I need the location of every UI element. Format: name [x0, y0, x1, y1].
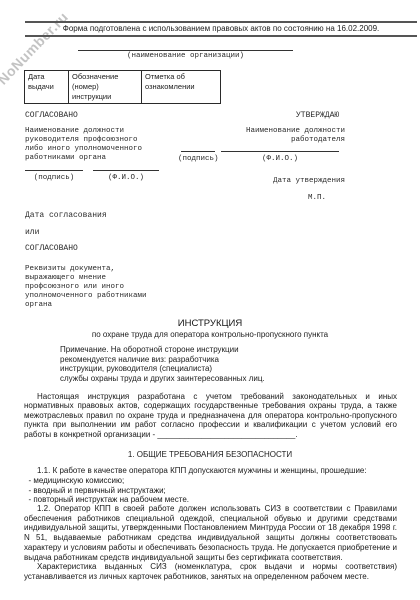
section-1-heading: 1. ОБЩИЕ ТРЕБОВАНИЯ БЕЗОПАСНОСТИ: [0, 450, 420, 459]
table-header-row: Дата выдачи Обозначение (номер) инструкц…: [25, 71, 221, 104]
document-note: Примечание. На оборотной стороне инструк…: [60, 345, 330, 383]
union-signature-blank: [25, 170, 83, 171]
table-header-familiarization-mark: Отметка об ознакомлении: [142, 71, 221, 104]
organization-name-label: (наименование организации): [78, 52, 293, 60]
union-signature-label: (подпись): [25, 174, 83, 182]
approved-label: УТВЕРЖДАЮ: [296, 111, 339, 121]
paragraph-1-1: 1.1. К работе в качестве оператора КПП д…: [24, 466, 397, 505]
document-requisites-block: Реквизиты документа, выражающего мнение …: [25, 265, 147, 310]
agreement-date-label: Дата согласования: [25, 211, 107, 221]
union-name-label: (Ф.И.О.): [93, 174, 159, 182]
table-header-issue-date: Дата выдачи: [25, 71, 69, 104]
paragraph-1-3: Характеристика выданных СИЗ (номенклатур…: [24, 562, 397, 581]
document-subtitle: по охране труда для оператора контрольно…: [0, 330, 420, 339]
table-header-instruction-number: Обозначение (номер) инструкции: [69, 71, 142, 104]
stamp-label: М.П.: [308, 194, 326, 203]
union-position-block: Наименование должности руководителя проф…: [25, 127, 142, 163]
or-label: или: [25, 228, 39, 238]
paragraph-1-2: 1.2. Оператор КПП в своей работе должен …: [24, 504, 397, 562]
document-title: ИНСТРУКЦИЯ: [0, 318, 420, 329]
form-notice-bar: Форма подготовлена с использованием прав…: [25, 21, 417, 37]
employer-name-label: (Ф.И.О.): [221, 155, 339, 163]
organization-name-blank: [78, 42, 293, 51]
employer-name-blank: [221, 151, 339, 152]
employer-signature-blank: [181, 151, 215, 152]
intro-paragraph: Настоящая инструкция разработана с учето…: [24, 392, 397, 439]
form-notice-text: Форма подготовлена с использованием прав…: [63, 24, 380, 33]
union-name-blank: [93, 170, 159, 171]
approval-date-label: Дата утверждения: [273, 177, 345, 186]
agreed-label-2: СОГЛАСОВАНО: [25, 244, 78, 254]
employer-position-block: Наименование должности работодателя: [246, 127, 345, 145]
employer-signature-label: (подпись): [178, 155, 218, 163]
familiarization-table: Дата выдачи Обозначение (номер) инструкц…: [24, 70, 221, 104]
agreed-label: СОГЛАСОВАНО: [25, 111, 78, 121]
document-page: NoNumber.ru Форма подготовлена с использ…: [0, 0, 420, 600]
